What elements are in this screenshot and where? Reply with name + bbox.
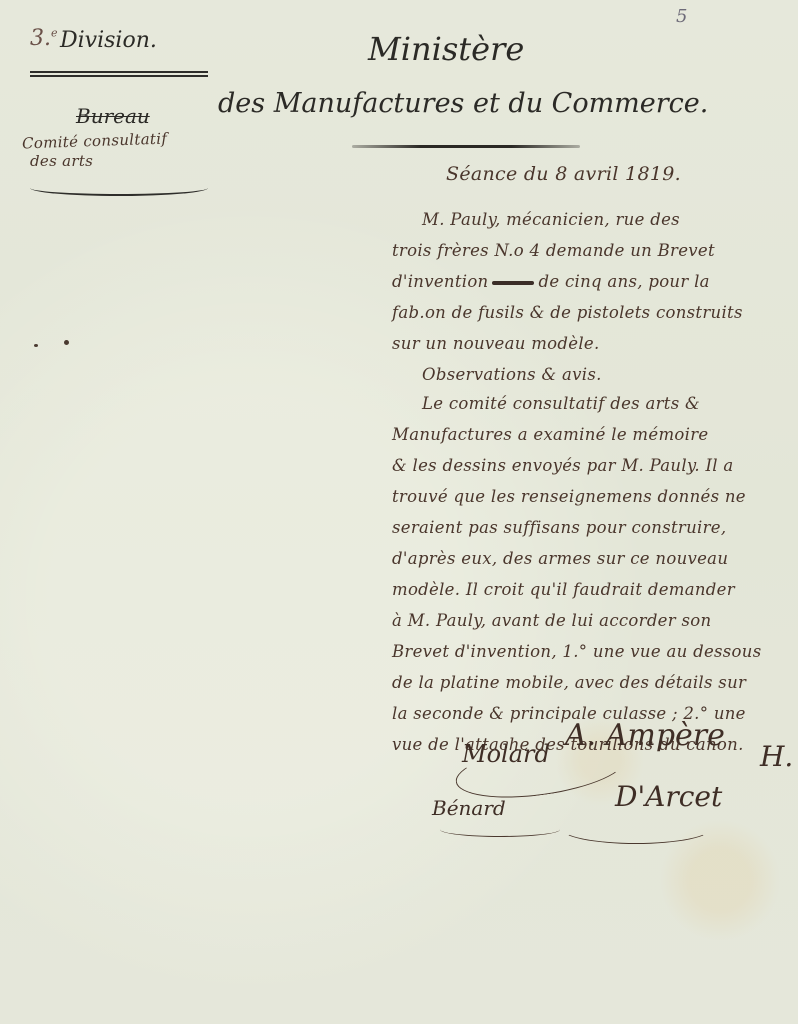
- petition-paragraph: M. Pauly, mécanicien, rue des trois frèr…: [392, 204, 792, 390]
- petition-line: d'inventionde cinq ans, pour la: [392, 266, 792, 297]
- folio-mark: 5: [676, 6, 687, 27]
- ink-speck: [64, 340, 69, 345]
- heavy-rule-divider: [352, 145, 580, 148]
- signature-molard: Molard: [462, 740, 550, 768]
- signature-flourish: [440, 822, 560, 837]
- opinion-line: modèle. Il croit qu'il faudrait demander: [392, 574, 792, 605]
- opinion-line: d'après eux, des armes sur ce nouveau: [392, 543, 792, 574]
- petition-line: sur un nouveau modèle.: [392, 328, 792, 359]
- petition-line: fab.on de fusils & de pistolets construi…: [392, 297, 792, 328]
- signature-flourish: [560, 812, 712, 844]
- opinion-line: à M. Pauly, avant de lui accorder son: [392, 605, 792, 636]
- opinion-line: Brevet d'invention, 1.° une vue au desso…: [392, 636, 792, 667]
- opinion-line: Manufactures a examiné le mémoire: [392, 419, 792, 450]
- petition-line: M. Pauly, mécanicien, rue des: [392, 204, 792, 235]
- division-label: Division.: [60, 28, 157, 53]
- opinion-line: & les dessins envoyés par M. Pauly. Il a: [392, 450, 792, 481]
- ministry-title: Ministère: [368, 30, 524, 68]
- bureau-annotation-line2: des arts: [30, 152, 93, 170]
- ink-speck: [34, 344, 38, 347]
- opinion-paragraph: Le comité consultatif des arts & Manufac…: [392, 388, 792, 760]
- signature-darcet: D'Arcet: [615, 780, 722, 813]
- petition-line: trois frères N.o 4 demande un Brevet: [392, 235, 792, 266]
- double-rule-divider: [30, 71, 208, 77]
- ink-blot-strikeout: [492, 281, 534, 285]
- division-number: 3.e: [30, 26, 58, 51]
- opinion-line: Le comité consultatif des arts &: [392, 388, 792, 419]
- session-heading: Séance du 8 avril 1819.: [446, 163, 681, 185]
- ministry-subtitle: des Manufactures et du Commerce.: [218, 88, 708, 119]
- signature-ampere-mark: H.: [760, 740, 793, 773]
- opinion-line: de la platine mobile, avec des détails s…: [392, 667, 792, 698]
- signature-benard: Bénard: [432, 796, 506, 820]
- opinion-line: seraient pas suffisans pour construire,: [392, 512, 792, 543]
- opinion-line: trouvé que les renseignemens donnés ne: [392, 481, 792, 512]
- bureau-label: Bureau: [76, 104, 150, 128]
- observations-heading: Observations & avis.: [392, 359, 792, 390]
